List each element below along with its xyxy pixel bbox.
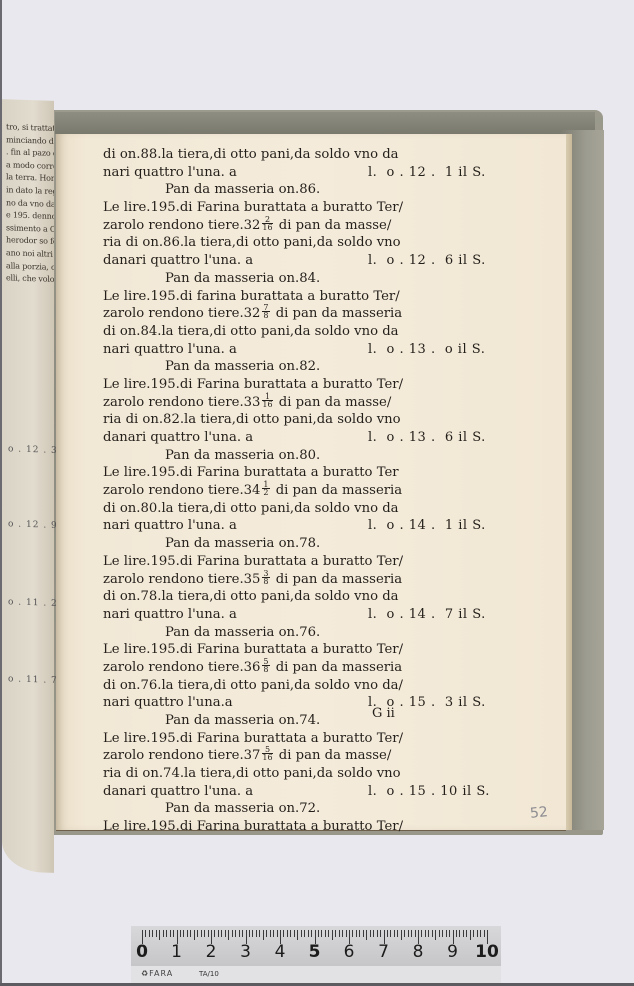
text-line: Le lire.195.di farina burattata a buratt… <box>103 288 523 306</box>
ruler-tick <box>321 930 322 937</box>
recycle-icon: ♻ <box>141 969 149 978</box>
line-text: Le lire.195.di Farina burattata a buratt… <box>103 464 399 482</box>
line-text: Le lire.195.di Farina burattata a buratt… <box>103 553 403 571</box>
ruler-tick <box>163 930 164 937</box>
ruler-tick <box>301 930 302 937</box>
ruler-number: 1 <box>171 942 182 962</box>
left-page-line: elli, che volomieri <box>6 272 54 286</box>
ruler-tick <box>404 930 405 937</box>
fraction: 58 <box>262 658 269 673</box>
text-segment: di pan da masseria <box>272 660 403 675</box>
ruler-tick <box>401 930 402 940</box>
text-segment: zarolo rendono tiere.34 <box>103 483 260 498</box>
fraction: 38 <box>262 570 269 585</box>
heading-text: Pan da masseria on.78. <box>103 535 320 553</box>
text-segment: zarolo rendono tiere.35 <box>103 572 260 587</box>
ruler-number: 4 <box>275 942 286 962</box>
ruler-tick <box>328 930 329 937</box>
ruler-tick <box>166 930 167 937</box>
ruler-tick <box>152 930 153 937</box>
ruler-tick <box>218 930 219 937</box>
ruler-tick <box>432 930 433 937</box>
text-segment: di pan da masse/ <box>275 218 392 233</box>
ruler-tick <box>273 930 274 937</box>
ruler-tick <box>446 930 447 937</box>
text-with-fraction: zarolo rendono tiere.37516 di pan da mas… <box>103 747 391 765</box>
text-line: di on.88.la tiera,di otto pani,da soldo … <box>103 146 523 164</box>
text-line: zarolo rendono tiere.3658 di pan da mass… <box>103 659 523 677</box>
text-segment: zarolo rendono tiere.33 <box>103 395 260 410</box>
heading-text: Pan da masseria on.72. <box>103 800 320 818</box>
text-segment: zarolo rendono tiere.36 <box>103 660 260 675</box>
ruler-tick <box>346 930 347 937</box>
ruler-tick <box>297 930 298 940</box>
text-segment: di pan da masse/ <box>275 748 392 763</box>
wrapper-top-fold <box>55 112 595 134</box>
left-page-line: tro, si trattato del <box>6 121 54 135</box>
line-text: nari quattro l'una.a <box>103 694 233 712</box>
ruler-numbers: 012345678910 <box>131 942 501 964</box>
text-segment: di pan da masse/ <box>275 395 392 410</box>
ruler-tick <box>325 930 326 937</box>
ruler-tick <box>473 930 474 937</box>
ruler-tick <box>484 930 485 937</box>
ruler-tick <box>239 930 240 937</box>
ruler-tick <box>449 930 450 937</box>
ruler-tick <box>294 930 295 937</box>
line-text: di on.78.la tiera,di otto pani,da soldo … <box>103 588 399 606</box>
ruler-tick <box>287 930 288 937</box>
ruler-tick <box>308 930 309 937</box>
line-text: Le lire.195.di Farina burattata a buratt… <box>103 199 403 217</box>
line-text: nari quattro l'una. a <box>103 517 237 535</box>
ruler-tick <box>411 930 412 937</box>
text-segment: di pan da masseria <box>272 306 403 321</box>
ruler-tick <box>228 930 229 940</box>
ruler-number: 2 <box>206 942 217 962</box>
text-line: ria di on.74.la tiera,di otto pani,da so… <box>103 765 523 783</box>
ruler-tick <box>194 930 195 940</box>
ruler-tick <box>159 930 160 940</box>
text-line: danari quattro l'una. al. o . 12 . 6 il … <box>103 252 523 270</box>
text-with-fraction: zarolo rendono tiere.33116 di pan da mas… <box>103 394 391 412</box>
text-line: nari quattro l'una.al. o . 15 . 3 il S. <box>103 694 523 712</box>
ruler-tick <box>470 930 471 940</box>
ruler-number: 8 <box>413 942 424 962</box>
text-line: nari quattro l'una. al. o . 14 . 1 il S. <box>103 517 523 535</box>
ruler-number: 7 <box>378 942 389 962</box>
ruler-tick <box>290 930 291 937</box>
ruler-tick <box>208 930 209 937</box>
section-heading: Pan da masseria on.76. <box>103 624 523 642</box>
ruler-tick <box>259 930 260 937</box>
ruler-tick <box>394 930 395 937</box>
ruler-tick <box>387 930 388 937</box>
page-text-block: di on.88.la tiera,di otto pani,da soldo … <box>103 146 523 836</box>
ruler-tick <box>201 930 202 937</box>
text-line: zarolo rendono tiere.3412 di pan da mass… <box>103 482 523 500</box>
text-line: nari quattro l'una. al. o . 14 . 7 il S. <box>103 606 523 624</box>
text-line: zarolo rendono tiere.3278 di pan da mass… <box>103 305 523 323</box>
ruler-tick <box>477 930 478 937</box>
price-value: l. o . 13 . o il S. <box>368 341 485 359</box>
scale-ruler: 012345678910 ♻FARA TA/10 <box>131 926 501 986</box>
heading-text: Pan da masseria on.86. <box>103 181 320 199</box>
ruler-tick <box>463 930 464 937</box>
price-value: l. o . 12 . 6 il S. <box>368 252 486 270</box>
ruler-number: 6 <box>344 942 355 962</box>
ruler-tick <box>466 930 467 937</box>
page-edge <box>566 134 572 830</box>
ruler-tick <box>232 930 233 937</box>
fraction: 216 <box>262 216 272 231</box>
price-value: l. o . 12 . 1 il S. <box>368 164 486 182</box>
ruler-tick <box>187 930 188 937</box>
ruler-tick <box>356 930 357 937</box>
section-heading: Pan da masseria on.82. <box>103 358 523 376</box>
fraction: 12 <box>262 481 269 496</box>
ruler-tick <box>266 930 267 937</box>
ruler-brand-logo: ♻FARA <box>141 969 173 978</box>
text-with-fraction: zarolo rendono tiere.3412 di pan da mass… <box>103 482 402 500</box>
heading-text: Pan da masseria on.74. <box>103 712 320 730</box>
ruler-tick <box>408 930 409 937</box>
ruler-number: 9 <box>447 942 458 962</box>
line-text: Le lire.195.di Farina burattata a buratt… <box>103 730 403 748</box>
ruler-tick <box>149 930 150 937</box>
ruler-tick <box>335 930 336 937</box>
ruler-tick <box>366 930 367 940</box>
fraction: 116 <box>262 393 272 408</box>
ruler-tick <box>214 930 215 937</box>
text-segment: di pan da masseria <box>272 483 403 498</box>
text-line: zarolo rendono tiere.3538 di pan da mass… <box>103 571 523 589</box>
ruler-tick <box>425 930 426 937</box>
pencil-folio-number: 52 <box>529 804 548 822</box>
text-segment: zarolo rendono tiere.37 <box>103 748 260 763</box>
text-line: zarolo rendono tiere.32216 di pan da mas… <box>103 217 523 235</box>
text-with-fraction: zarolo rendono tiere.3658 di pan da mass… <box>103 659 402 677</box>
text-line: Le lire.195.di Farina burattata a buratt… <box>103 553 523 571</box>
ruler-tick <box>421 930 422 937</box>
ruler-tick <box>459 930 460 937</box>
line-text: di on.84.la tiera,di otto pani,da soldo … <box>103 323 399 341</box>
ruler-tick <box>415 930 416 937</box>
ruler-tick <box>480 930 481 937</box>
ruler-tick <box>304 930 305 937</box>
line-text: Le lire.195.di Farina burattata a buratt… <box>103 376 403 394</box>
line-text: danari quattro l'una. a <box>103 252 253 270</box>
ruler-tick <box>380 930 381 937</box>
line-text: di on.80.la tiera,di otto pani,da soldo … <box>103 500 399 518</box>
section-heading: Pan da masseria on.84. <box>103 270 523 288</box>
ruler-tick <box>342 930 343 937</box>
ruler-tick <box>456 930 457 937</box>
left-facing-page: tro, si trattato delminciando da soldi. … <box>2 99 54 873</box>
ruler-tick <box>197 930 198 937</box>
text-line: Le lire.195.di Farina burattata a buratt… <box>103 818 523 836</box>
ruler-brand-text: FARA <box>149 969 173 978</box>
text-line: ria di on.82.la tiera,di otto pani,da so… <box>103 411 523 429</box>
line-text: Le lire.195.di Farina burattata a buratt… <box>103 818 403 836</box>
signature-mark: G ii <box>372 706 395 721</box>
text-line: nari quattro l'una. al. o . 12 . 1 il S. <box>103 164 523 182</box>
ruler-tick <box>352 930 353 937</box>
ruler-tick <box>283 930 284 937</box>
ruler-tick <box>377 930 378 937</box>
line-text: ria di on.82.la tiera,di otto pani,da so… <box>103 411 401 429</box>
price-value: l. o . 15 . 10 il S. <box>368 783 490 801</box>
line-text: nari quattro l'una. a <box>103 164 237 182</box>
text-line: Le lire.195.di Farina burattata a buratt… <box>103 464 523 482</box>
text-line: Le lire.195.di Farina burattata a buratt… <box>103 199 523 217</box>
ruler-tick <box>359 930 360 937</box>
heading-text: Pan da masseria on.84. <box>103 270 320 288</box>
ruler-number: 3 <box>240 942 251 962</box>
ruler-tick <box>318 930 319 937</box>
text-line: di on.78.la tiera,di otto pani,da soldo … <box>103 588 523 606</box>
ruler-number: 0 <box>136 942 148 962</box>
ruler-tick <box>397 930 398 937</box>
ruler-tick <box>252 930 253 937</box>
ruler-tick <box>190 930 191 937</box>
ruler-number: 10 <box>475 942 499 962</box>
text-segment: zarolo rendono tiere.32 <box>103 306 260 321</box>
text-line: di on.84.la tiera,di otto pani,da soldo … <box>103 323 523 341</box>
ruler-tick <box>439 930 440 937</box>
fraction: 516 <box>262 746 272 761</box>
text-line: ria di on.86.la tiera,di otto pani,da so… <box>103 234 523 252</box>
ruler-tick <box>221 930 222 937</box>
line-text: ria di on.74.la tiera,di otto pani,da so… <box>103 765 401 783</box>
section-heading: Pan da masseria on.72. <box>103 800 523 818</box>
ruler-tick <box>428 930 429 937</box>
price-value: l. o . 14 . 1 il S. <box>368 517 486 535</box>
text-line: di on.76.la tiera,di otto pani,da soldo … <box>103 677 523 695</box>
ruler-tick <box>242 930 243 937</box>
text-line: di on.80.la tiera,di otto pani,da soldo … <box>103 500 523 518</box>
ruler-tick <box>373 930 374 937</box>
left-page-line: ano noi altri pa da <box>6 247 54 261</box>
line-text: ria di on.86.la tiera,di otto pani,da so… <box>103 234 401 252</box>
text-line: zarolo rendono tiere.33116 di pan da mas… <box>103 394 523 412</box>
ruler-tick <box>311 930 312 937</box>
ruler-tick <box>225 930 226 937</box>
line-text: danari quattro l'una. a <box>103 783 253 801</box>
text-with-fraction: zarolo rendono tiere.3278 di pan da mass… <box>103 305 402 323</box>
ruler-tick <box>270 930 271 937</box>
ruler-tick <box>235 930 236 937</box>
ruler-tick <box>435 930 436 940</box>
ruler-tick <box>183 930 184 937</box>
text-line: zarolo rendono tiere.37516 di pan da mas… <box>103 747 523 765</box>
text-line: Le lire.195.di Farina burattata a buratt… <box>103 376 523 394</box>
line-text: Le lire.195.di Farina burattata a buratt… <box>103 641 403 659</box>
ruler-tick <box>180 930 181 937</box>
price-value: l. o . 14 . 7 il S. <box>368 606 486 624</box>
ruler-tick <box>263 930 264 940</box>
ruler-tick <box>204 930 205 937</box>
line-text: Le lire.195.di farina burattata a buratt… <box>103 288 400 306</box>
left-page-line: in dato la regola, <box>6 184 54 198</box>
ruler-tick <box>363 930 364 937</box>
line-text: di on.88.la tiera,di otto pani,da soldo … <box>103 146 399 164</box>
text-with-fraction: zarolo rendono tiere.32216 di pan da mas… <box>103 217 391 235</box>
heading-text: Pan da masseria on.82. <box>103 358 320 376</box>
text-line: nari quattro l'una. al. o . 13 . o il S. <box>103 341 523 359</box>
line-text: danari quattro l'una. a <box>103 429 253 447</box>
line-text: nari quattro l'una. a <box>103 606 237 624</box>
ruler-tick <box>156 930 157 937</box>
line-text: nari quattro l'una. a <box>103 341 237 359</box>
ruler-tick <box>170 930 171 937</box>
text-segment: di pan da masseria <box>272 572 403 587</box>
text-line: danari quattro l'una. al. o . 15 . 10 il… <box>103 783 523 801</box>
line-text: di on.76.la tiera,di otto pani,da soldo … <box>103 677 403 695</box>
text-segment: zarolo rendono tiere.32 <box>103 218 260 233</box>
ruler-tick <box>370 930 371 937</box>
price-value: l. o . 13 . 6 il S. <box>368 429 486 447</box>
ruler-tick <box>332 930 333 940</box>
fraction: 78 <box>262 304 269 319</box>
heading-text: Pan da masseria on.80. <box>103 447 320 465</box>
section-heading: Pan da masseria on.86. <box>103 181 523 199</box>
left-page-figures: o . 12 . 3 il S.o . 12 . 9 il S.o . 11 .… <box>2 99 54 101</box>
ruler-number: 5 <box>309 942 321 962</box>
ruler-model: TA/10 <box>199 970 219 978</box>
text-line: danari quattro l'una. al. o . 13 . 6 il … <box>103 429 523 447</box>
section-heading: Pan da masseria on.80. <box>103 447 523 465</box>
ruler-tick <box>173 930 174 937</box>
ruler-tick <box>442 930 443 937</box>
left-page-text: tro, si trattato delminciando da soldi. … <box>6 121 54 286</box>
ruler-tick <box>256 930 257 937</box>
ruler-tick <box>339 930 340 937</box>
section-heading: Pan da masseria on.78. <box>103 535 523 553</box>
text-line: Le lire.195.di Farina burattata a buratt… <box>103 730 523 748</box>
ruler-tick <box>277 930 278 937</box>
section-heading: Pan da masseria on.74. <box>103 712 523 730</box>
ruler-tick <box>390 930 391 937</box>
ruler-tick <box>145 930 146 937</box>
ruler-scale-strip: 012345678910 <box>131 926 501 966</box>
heading-text: Pan da masseria on.76. <box>103 624 320 642</box>
ruler-tick <box>249 930 250 937</box>
text-with-fraction: zarolo rendono tiere.3538 di pan da mass… <box>103 571 402 589</box>
text-line: Le lire.195.di Farina burattata a buratt… <box>103 641 523 659</box>
